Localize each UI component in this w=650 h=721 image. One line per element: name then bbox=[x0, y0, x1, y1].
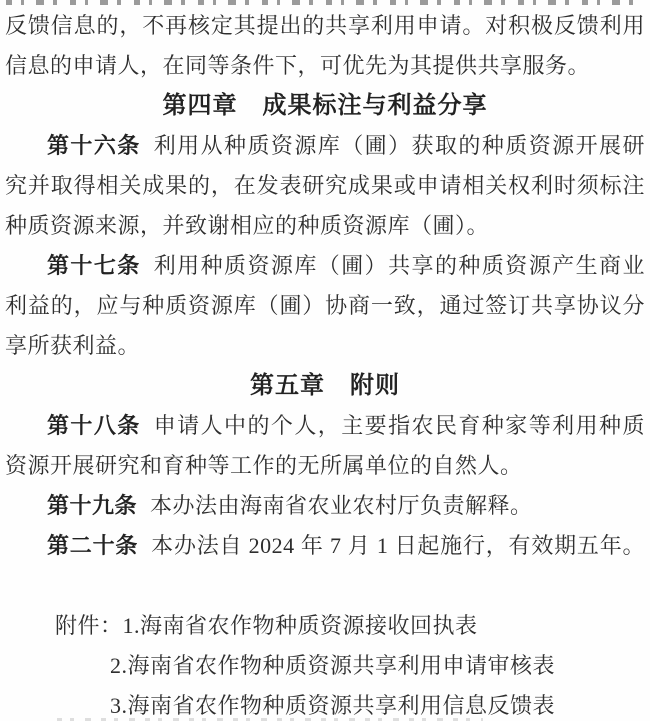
attachment-line-3: 3.海南省农作物种质资源共享利用信息反馈表 bbox=[5, 686, 645, 721]
article-number: 第十八条 bbox=[47, 413, 141, 438]
attachment-line-2: 2.海南省农作物种质资源共享利用申请审核表 bbox=[5, 646, 645, 686]
chapter-heading-5: 第五章 附则 bbox=[5, 366, 645, 406]
article-number: 第十九条 bbox=[47, 493, 137, 518]
line-text: 申请人中的个人，主要指农民育种家等利用种质 bbox=[154, 413, 645, 438]
document-body: 反馈信息的，不再核定其提出的共享利用申请。对积极反馈利用 信息的申请人，在同等条… bbox=[5, 6, 645, 721]
paragraph-line: 反馈信息的，不再核定其提出的共享利用申请。对积极反馈利用 bbox=[5, 6, 645, 46]
chapter-heading-4: 第四章 成果标注与利益分享 bbox=[5, 86, 645, 126]
article-number: 第十六条 bbox=[47, 133, 141, 158]
article-19-line: 第十九条本办法由海南省农业农村厅负责解释。 bbox=[5, 486, 645, 526]
paragraph-line: 资源开展研究和育种等工作的无所属单位的自然人。 bbox=[5, 446, 645, 486]
cut-off-previous-line bbox=[6, 0, 646, 5]
paragraph-line: 享所获利益。 bbox=[5, 326, 645, 366]
paragraph-line: 信息的申请人，在同等条件下，可优先为其提供共享服务。 bbox=[5, 46, 645, 86]
article-16-line: 第十六条利用从种质资源库（圃）获取的种质资源开展研 bbox=[5, 126, 645, 166]
line-text: 利用从种质资源库（圃）获取的种质资源开展研 bbox=[154, 133, 645, 158]
article-number: 第二十条 bbox=[47, 533, 138, 558]
line-text: 本办法由海南省农业农村厅负责解释。 bbox=[150, 493, 533, 518]
paragraph-line: 种质资源来源，并致谢相应的种质资源库（圃）。 bbox=[5, 206, 645, 246]
line-text: 本办法自 2024 年 7 月 1 日起施行，有效期五年。 bbox=[151, 533, 645, 558]
paragraph-line: 利益的，应与种质资源库（圃）协商一致，通过签订共享协议分 bbox=[5, 286, 645, 326]
blank-line bbox=[5, 566, 645, 606]
article-17-line: 第十七条利用种质资源库（圃）共享的种质资源产生商业 bbox=[5, 246, 645, 286]
line-text: 利用种质资源库（圃）共享的种质资源产生商业 bbox=[154, 253, 645, 278]
document-page: 反馈信息的，不再核定其提出的共享利用申请。对积极反馈利用 信息的申请人，在同等条… bbox=[0, 0, 650, 721]
article-18-line: 第十八条申请人中的个人，主要指农民育种家等利用种质 bbox=[5, 406, 645, 446]
article-number: 第十七条 bbox=[47, 253, 141, 278]
article-20-line: 第二十条本办法自 2024 年 7 月 1 日起施行，有效期五年。 bbox=[5, 526, 645, 566]
attachment-line-1: 附件：1.海南省农作物种质资源接收回执表 bbox=[5, 606, 645, 646]
paragraph-line: 究并取得相关成果的，在发表研究成果或申请相关权利时须标注 bbox=[5, 166, 645, 206]
